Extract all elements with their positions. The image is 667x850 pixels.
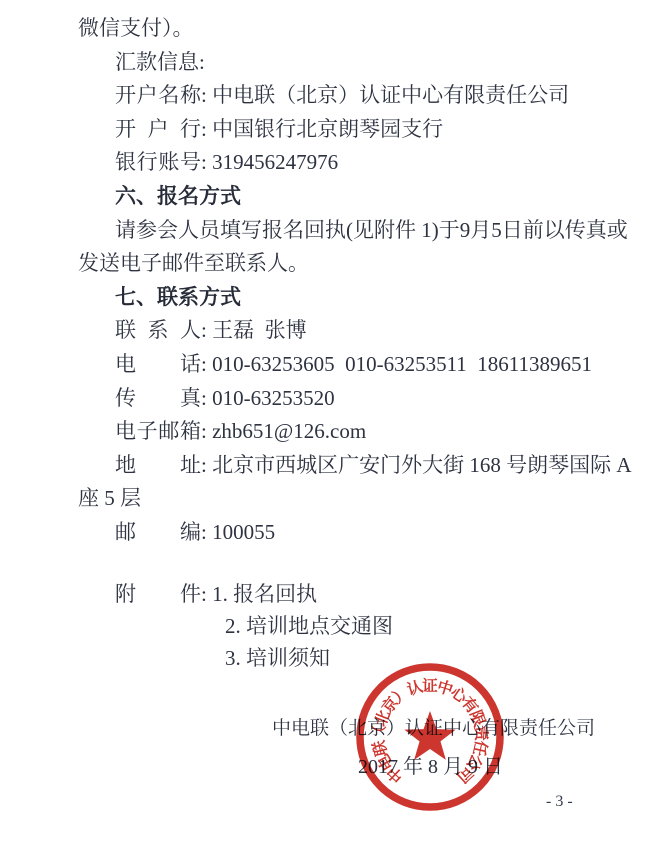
field-value: 010-63253520 bbox=[212, 386, 335, 410]
field-value: zhb651@126.com bbox=[212, 419, 366, 443]
section6-paragraph-line2: 发送电子邮件至联系人。 bbox=[78, 247, 607, 281]
section6-paragraph-line1: 请参会人员填写报名回执(见附件 1)于9月5日前以传真或 bbox=[78, 214, 607, 248]
field-value: 北京市西城区广安门外大街 168 号朗琴国际 A bbox=[212, 453, 631, 477]
contact-row-person: 联系人: 王磊 张博 bbox=[78, 314, 607, 348]
page-number: - 3 - bbox=[546, 793, 573, 811]
remit-info-title: 汇款信息: bbox=[78, 46, 607, 80]
label-colon: : bbox=[201, 352, 212, 376]
bank-row-account-number: 银行账号: 319456247976 bbox=[78, 146, 607, 180]
field-value: 中国银行北京朗琴园支行 bbox=[212, 117, 443, 141]
label-colon: : bbox=[201, 386, 212, 410]
contact-row-fax: 传真: 010-63253520 bbox=[78, 382, 607, 416]
label-colon: : bbox=[201, 83, 212, 107]
carryover-text: 微信支付）。 bbox=[78, 12, 607, 46]
field-label: 电子邮箱 bbox=[115, 415, 201, 449]
field-value: 中电联（北京）认证中心有限责任公司 bbox=[212, 83, 569, 107]
label-colon: : bbox=[201, 150, 212, 174]
field-label: 联系人 bbox=[115, 314, 201, 348]
bank-row-bank-branch: 开户行: 中国银行北京朗琴园支行 bbox=[78, 113, 607, 147]
field-value: 319456247976 bbox=[212, 150, 338, 174]
field-value: 王磊 张博 bbox=[212, 318, 307, 342]
field-label: 邮编 bbox=[115, 516, 201, 550]
field-label: 银行账号 bbox=[115, 146, 201, 180]
field-label: 电话 bbox=[115, 348, 201, 382]
label-colon: : bbox=[201, 582, 212, 606]
field-label: 开户行 bbox=[115, 113, 201, 147]
label-colon: : bbox=[201, 117, 212, 141]
attachment-item: 1. 报名回执 bbox=[212, 582, 317, 606]
bank-row-account-name: 开户名称: 中电联（北京）认证中心有限责任公司 bbox=[78, 79, 607, 113]
attachment-row-2: 2. 培训地点交通图 bbox=[78, 610, 607, 642]
label-colon: : bbox=[201, 419, 212, 443]
document-page: 微信支付）。 汇款信息: 开户名称: 中电联（北京）认证中心有限责任公司 开户行… bbox=[0, 0, 667, 850]
field-label: 地址 bbox=[115, 449, 201, 483]
attachments-block: 附件: 1. 报名回执 2. 培训地点交通图 3. 培训须知 bbox=[78, 578, 607, 674]
contact-row-email: 电子邮箱: zhb651@126.com bbox=[78, 415, 607, 449]
label-colon: : bbox=[201, 453, 212, 477]
label-colon: : bbox=[201, 318, 212, 342]
field-label: 开户名称 bbox=[115, 79, 201, 113]
field-label: 附件 bbox=[115, 578, 201, 610]
contact-row-phone: 电话: 010-63253605 010-63253511 1861138965… bbox=[78, 348, 607, 382]
attachment-row-1: 附件: 1. 报名回执 bbox=[78, 578, 607, 610]
contact-row-zipcode: 邮编: 100055 bbox=[78, 516, 607, 550]
signature-date: 2017 年 8 月 9 日 bbox=[78, 750, 607, 784]
section6-heading: 六、报名方式 bbox=[78, 180, 607, 214]
field-value: 010-63253605 010-63253511 18611389651 bbox=[212, 352, 592, 376]
section7-heading: 七、联系方式 bbox=[78, 281, 607, 315]
address-continuation: 座 5 层 bbox=[78, 482, 607, 516]
attachment-row-3: 3. 培训须知 bbox=[78, 642, 607, 674]
contact-row-address: 地址: 北京市西城区广安门外大街 168 号朗琴国际 A bbox=[78, 449, 607, 483]
field-value: 100055 bbox=[212, 520, 275, 544]
document-body: 微信支付）。 汇款信息: 开户名称: 中电联（北京）认证中心有限责任公司 开户行… bbox=[78, 12, 607, 784]
signature-company-name: 中电联（北京）认证中心有限责任公司 bbox=[78, 712, 607, 746]
label-colon: : bbox=[201, 520, 212, 544]
field-label: 传真 bbox=[115, 382, 201, 416]
